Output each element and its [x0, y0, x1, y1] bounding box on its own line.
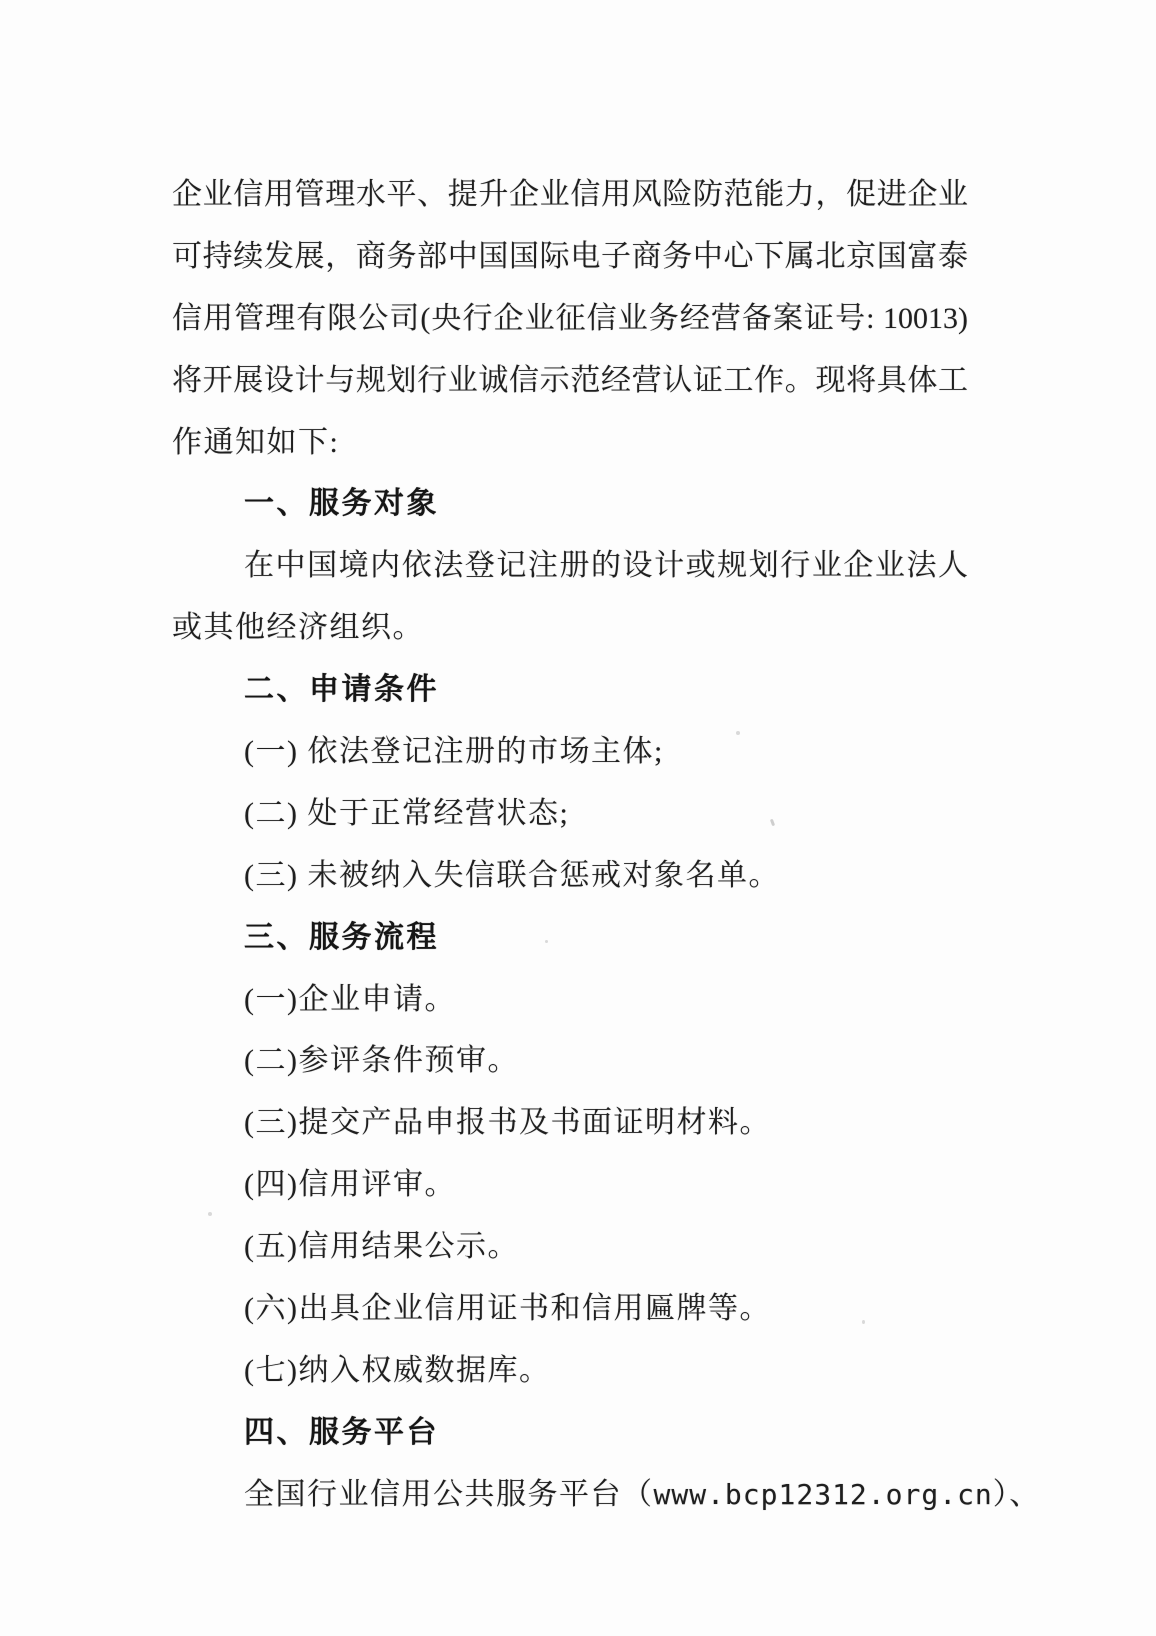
scan-speck: [208, 1212, 212, 1216]
scan-speck: [862, 1320, 865, 1324]
section-3-item-6: (六)出具企业信用证书和信用匾牌等。: [172, 1278, 968, 1340]
section-3-item-3: (三)提交产品申报书及书面证明材料。: [172, 1092, 968, 1154]
scan-speck: [736, 731, 740, 735]
section-4-platform-line: 全国行业信用公共服务平台（www.bcp12312.org.cn）、: [172, 1464, 968, 1526]
section-3-item-5: (五)信用结果公示。: [172, 1216, 968, 1278]
platform-line-prefix: 全国行业信用公共服务平台（: [244, 1478, 654, 1511]
section-4-heading: 四、服务平台: [172, 1402, 968, 1464]
section-3-item-7: (七)纳入权威数据库。: [172, 1340, 968, 1402]
scan-speck: [545, 940, 548, 943]
section-3-heading: 三、服务流程: [172, 907, 968, 969]
intro-line-4: 将开展设计与规划行业诚信示范经营认证工作。现将具体工: [172, 350, 968, 412]
section-2-item-2: (二) 处于正常经营状态;: [172, 783, 968, 845]
section-2-heading: 二、申请条件: [172, 659, 968, 721]
section-2-item-1: (一) 依法登记注册的市场主体;: [172, 721, 968, 783]
section-1-heading: 一、服务对象: [172, 473, 968, 535]
section-1-line-2: 或其他经济组织。: [172, 597, 968, 659]
section-3-item-4: (四)信用评审。: [172, 1154, 968, 1216]
section-3-item-2: (二)参评条件预审。: [172, 1030, 968, 1092]
intro-line-3: 信用管理有限公司(央行企业征信业务经营备案证号: 10013): [172, 288, 968, 350]
intro-line-5: 作通知如下:: [172, 412, 968, 474]
section-1-line-1: 在中国境内依法登记注册的设计或规划行业企业法人: [172, 535, 968, 597]
platform-url: www.bcp12312.org.cn: [654, 1478, 993, 1511]
intro-line-1: 企业信用管理水平、提升企业信用风险防范能力，促进企业: [172, 164, 968, 226]
section-3-item-1: (一)企业申请。: [172, 969, 968, 1031]
document-body: 企业信用管理水平、提升企业信用风险防范能力，促进企业 可持续发展，商务部中国国际…: [172, 164, 968, 1526]
section-2-item-3: (三) 未被纳入失信联合惩戒对象名单。: [172, 845, 968, 907]
platform-line-suffix: ）、: [993, 1478, 1041, 1511]
scanned-document-page: 企业信用管理水平、提升企业信用风险防范能力，促进企业 可持续发展，商务部中国国际…: [0, 0, 1156, 1636]
intro-line-2: 可持续发展，商务部中国国际电子商务中心下属北京国富泰: [172, 226, 968, 288]
